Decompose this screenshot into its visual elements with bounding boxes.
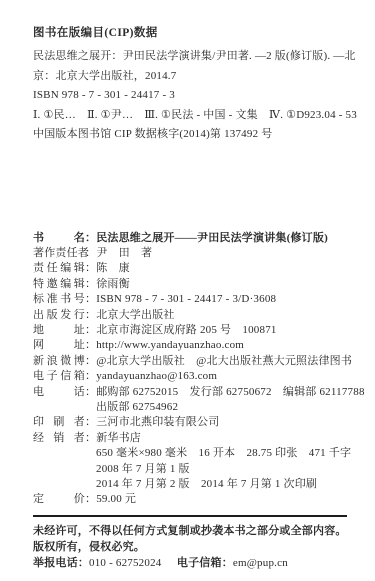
report-email-colon: ： [222,557,233,569]
rights-reserved-notice: 版权所有，侵权必究。 [33,539,347,555]
row-label: 印刷者 [33,415,85,430]
row-address: 地址：北京市海淀区成府路 205 号 100871 [33,323,347,338]
row-second-edition: 2014 年 7 月第 2 版 2014 年 7 月第 1 次印刷 [33,477,347,492]
row-colon: ： [85,262,96,274]
row-value: 徐雨衡 [96,278,130,290]
row-guest-editor: 特邀编辑：徐雨衡 [33,277,347,292]
row-value: http://www.yandayuanzhao.com [96,339,244,351]
cip-section: 图书在版编目(CIP)数据 民法思维之展开：尹田民法学演讲集/尹田著. —2 版… [33,25,347,145]
row-value: 北京市海淀区成府路 205 号 100871 [96,324,276,336]
row-label: 标准书号 [33,292,85,307]
row-value: 三河市北燕印装有限公司 [96,416,219,428]
row-colon: ： [85,309,96,321]
report-phone-label: 举报电话 [33,557,78,569]
row-value: yandayuanzhao@163.com [96,370,217,382]
row-label: 书名 [33,231,85,246]
row-label: 定价 [33,492,85,507]
row-value: @北京大学出版社 @北大出版社燕大元照法律图书 [96,355,352,367]
row-colon: ： [85,293,96,305]
row-value: 新华书店 [96,432,141,444]
row-book-title: 书名：民法思维之展开——尹田民法学演讲集(修订版) [33,231,347,246]
row-value: 出版部 62754962 [96,401,178,413]
row-colon: ： [85,370,96,382]
row-colon: ： [85,493,96,505]
row-label: 经销者 [33,431,85,446]
row-format: 650 毫米×980 毫米 16 开本 28.75 印张 471 千字 [33,446,347,461]
row-colon: ： [85,278,96,290]
row-label: 出版发行 [33,308,85,323]
row-price: 定价：59.00 元 [33,492,347,507]
row-email: 电子信箱：yandayuanzhao@163.com [33,369,347,384]
row-value: 邮购部 62752015 发行部 62750672 编辑部 62117788 [96,386,364,398]
row-colon: ： [85,432,96,444]
row-label: 新浪微博 [33,354,85,369]
book-copyright-page: 图书在版编目(CIP)数据 民法思维之展开：尹田民法学演讲集/尹田著. —2 版… [0,0,375,581]
copyright-footer: 未经许可，不得以任何方式复制或抄袭本书之部分或全部内容。 版权所有，侵权必究。 … [33,523,347,571]
row-colon: ： [85,355,96,367]
row-value: ISBN 978 - 7 - 301 - 24417 - 3/D·3608 [96,293,276,305]
row-label: 责任编辑 [33,261,85,276]
row-phone-cont: 出版部 62754962 [33,400,347,415]
report-email-label: 电子信箱 [177,557,222,569]
row-colon: ： [85,386,96,398]
row-colon: ： [85,247,96,259]
row-phone: 电话：邮购部 62752015 发行部 62750672 编辑部 6211778… [33,385,347,400]
row-publisher: 出版发行：北京大学出版社 [33,308,347,323]
row-editor: 责任编辑：陈 康 [33,261,347,276]
row-value: 2014 年 7 月第 2 版 2014 年 7 月第 1 次印刷 [96,478,317,490]
row-distributor: 经销者：新华书店 [33,431,347,446]
row-author: 著作责任者：尹 田 著 [33,246,347,261]
cip-classification-line: Ⅰ. ①民… Ⅱ. ①尹… Ⅲ. ①民法 - 中国 - 文集 Ⅳ. ①D923.… [33,106,347,126]
report-phone-colon: ： [78,557,89,569]
row-value: 650 毫米×980 毫米 16 开本 28.75 印张 471 千字 [96,447,351,459]
row-value: 2008 年 7 月第 1 版 [96,463,190,475]
cip-registration-line: 中国版本图书馆 CIP 数据核字(2014)第 137492 号 [33,125,347,145]
report-contact-line: 举报电话：010 - 62752024电子信箱：em@pup.cn [33,555,347,571]
row-label: 网址 [33,338,85,353]
no-copy-notice: 未经许可，不得以任何方式复制或抄袭本书之部分或全部内容。 [33,523,347,539]
cip-heading: 图书在版编目(CIP)数据 [33,25,347,41]
row-colon: ： [85,416,96,428]
row-first-edition: 2008 年 7 月第 1 版 [33,462,347,477]
row-printer: 印刷者：三河市北燕印装有限公司 [33,415,347,430]
row-value: 民法思维之展开——尹田民法学演讲集(修订版) [96,232,328,244]
row-colon: ： [85,324,96,336]
colophon-section: 书名：民法思维之展开——尹田民法学演讲集(修订版) 著作责任者：尹 田 著 责任… [33,231,347,508]
row-label: 电子信箱 [33,369,85,384]
row-isbn: 标准书号：ISBN 978 - 7 - 301 - 24417 - 3/D·36… [33,292,347,307]
row-value: 59.00 元 [96,493,136,505]
row-value: 陈 康 [96,262,130,274]
cip-publisher-line: 京：北京大学出版社，2014.7 [33,67,347,87]
row-label: 电话 [33,385,85,400]
divider-rule [33,515,347,517]
cip-title-line: 民法思维之展开：尹田民法学演讲集/尹田著. —2 版(修订版). —北 [33,47,347,67]
row-label: 著作责任者 [33,246,85,261]
cip-record: 民法思维之展开：尹田民法学演讲集/尹田著. —2 版(修订版). —北 京：北京… [33,47,347,145]
row-colon: ： [85,232,96,244]
row-weibo: 新浪微博：@北京大学出版社 @北大出版社燕大元照法律图书 [33,354,347,369]
row-label: 地址 [33,323,85,338]
row-value: 尹 田 著 [96,247,152,259]
report-email-address: em@pup.cn [233,557,288,569]
row-value: 北京大学出版社 [96,309,174,321]
row-website: 网址：http://www.yandayuanzhao.com [33,338,347,353]
cip-isbn-line: ISBN 978 - 7 - 301 - 24417 - 3 [33,86,347,106]
report-phone-number: 010 - 62752024 [89,557,161,569]
row-colon: ： [85,339,96,351]
row-label: 特邀编辑 [33,277,85,292]
